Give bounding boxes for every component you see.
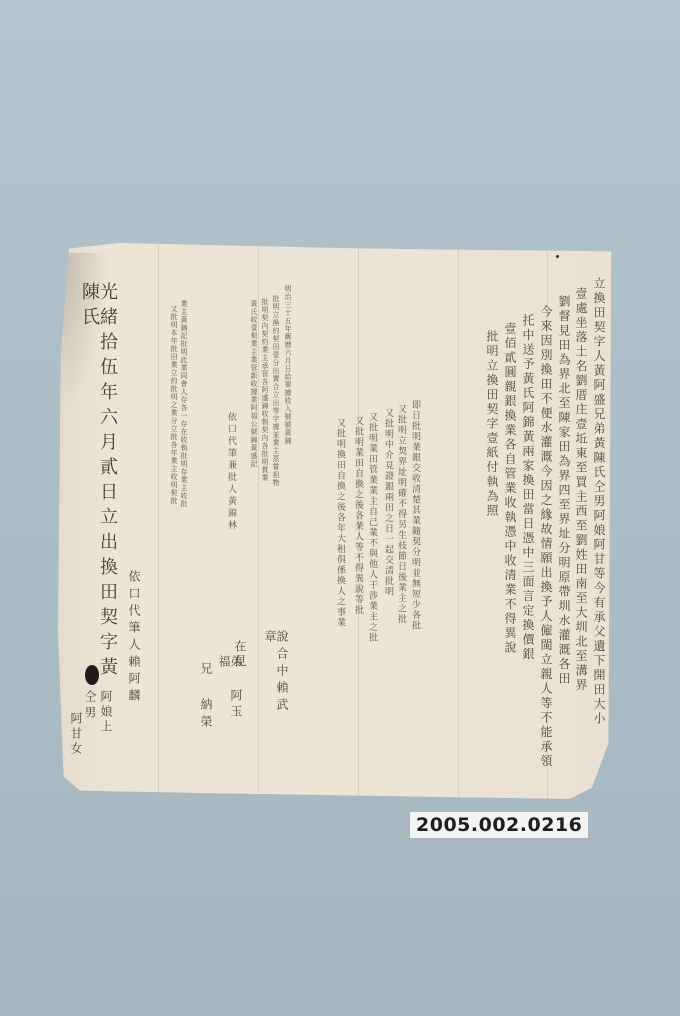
main-text-line: 劉督見田為界北至陳家田為界四至界址分明原帶圳水灌溉各田 [558,295,570,795]
date-line: 光緒拾伍年六月貳日立出換田契字黃陳氏 [80,282,116,682]
witness-name: 弟 阿玉福 [218,655,242,735]
meiji-note: 批明立換約契田壹分出賣合立出等字據並業主蒸嘗祖物 [272,295,279,545]
main-text-line: 壹處坐落土名劉厝庄壹坵東至買主西至劉姓田南至大圳北至溝界 [575,287,587,797]
clause-line: 又批明換田自換之後各年大租俱係換人之事業 [335,418,344,718]
witness-name: 兄 納榮 [200,662,212,742]
note-line: 又批明本年批田業立約批明之業分立批各年業主收明契批 [170,305,177,565]
clause-line: 又批明立契界址明確不得另生枝節日後業主之批 [396,404,405,704]
clause-line: 又批明中介見證銀兩田之日一起交清批明 [383,408,392,708]
son-signature: 阿娘上 [100,690,112,740]
clause-line: 即日批明業銀交收清楚其業隨契分明並無短少各批 [410,400,419,720]
main-text-line: 壹佰貳圓親銀換業各自管業收執憑中收清業不得異說 [504,322,516,792]
agent-signature: 依口代筆人賴阿麟 [128,570,140,740]
meiji-note: 明治三十五年舊曆六月日給單據收入號號黃錦 [284,285,291,535]
writer-signature: 依口代筆兼批人黃錦林 [226,412,235,532]
son-signature: 阿甘女 [70,712,82,762]
main-text-line: 批明立換田契字壹紙付執為照 [486,330,498,760]
mediator-signature: 說合中賴武章 [264,630,288,730]
catalog-number-label: 2005.002.0216 [410,812,588,838]
main-text-line: 立換田契字人黃阿盛兄弟黃陳氏仝男阿娘阿甘等今有承父遺下開田大小 [593,277,605,797]
meiji-note: 批明契內契約業主承管各阿盛錦收執契內各批明貫業 [261,298,268,548]
pin-hole [556,255,559,258]
main-text-line: 今來因別換田不便水灌溉今因之緣故情願出換予人僱閩立親人等不能承領 [540,305,552,795]
fingerprint-seal [85,665,99,685]
meiji-note: 黃氏收壹契業主業管新收據業阿福公號錦黃盛記 [250,300,257,530]
main-text-line: 托中送予黃氏阿錦黃兩家換田當日憑中三面言定換價銀 [522,314,534,794]
clause-line: 又批明業田自換之後各業人等不得異說等批 [353,416,362,776]
co-signer-label: 仝男 [84,690,96,730]
clause-line: 又批明業田管業業主自己業不與他人干涉業主之批 [367,412,376,782]
note-line: 業主黃錦記批明此業同會人存各一存在收執批明存業主收批 [180,300,187,560]
